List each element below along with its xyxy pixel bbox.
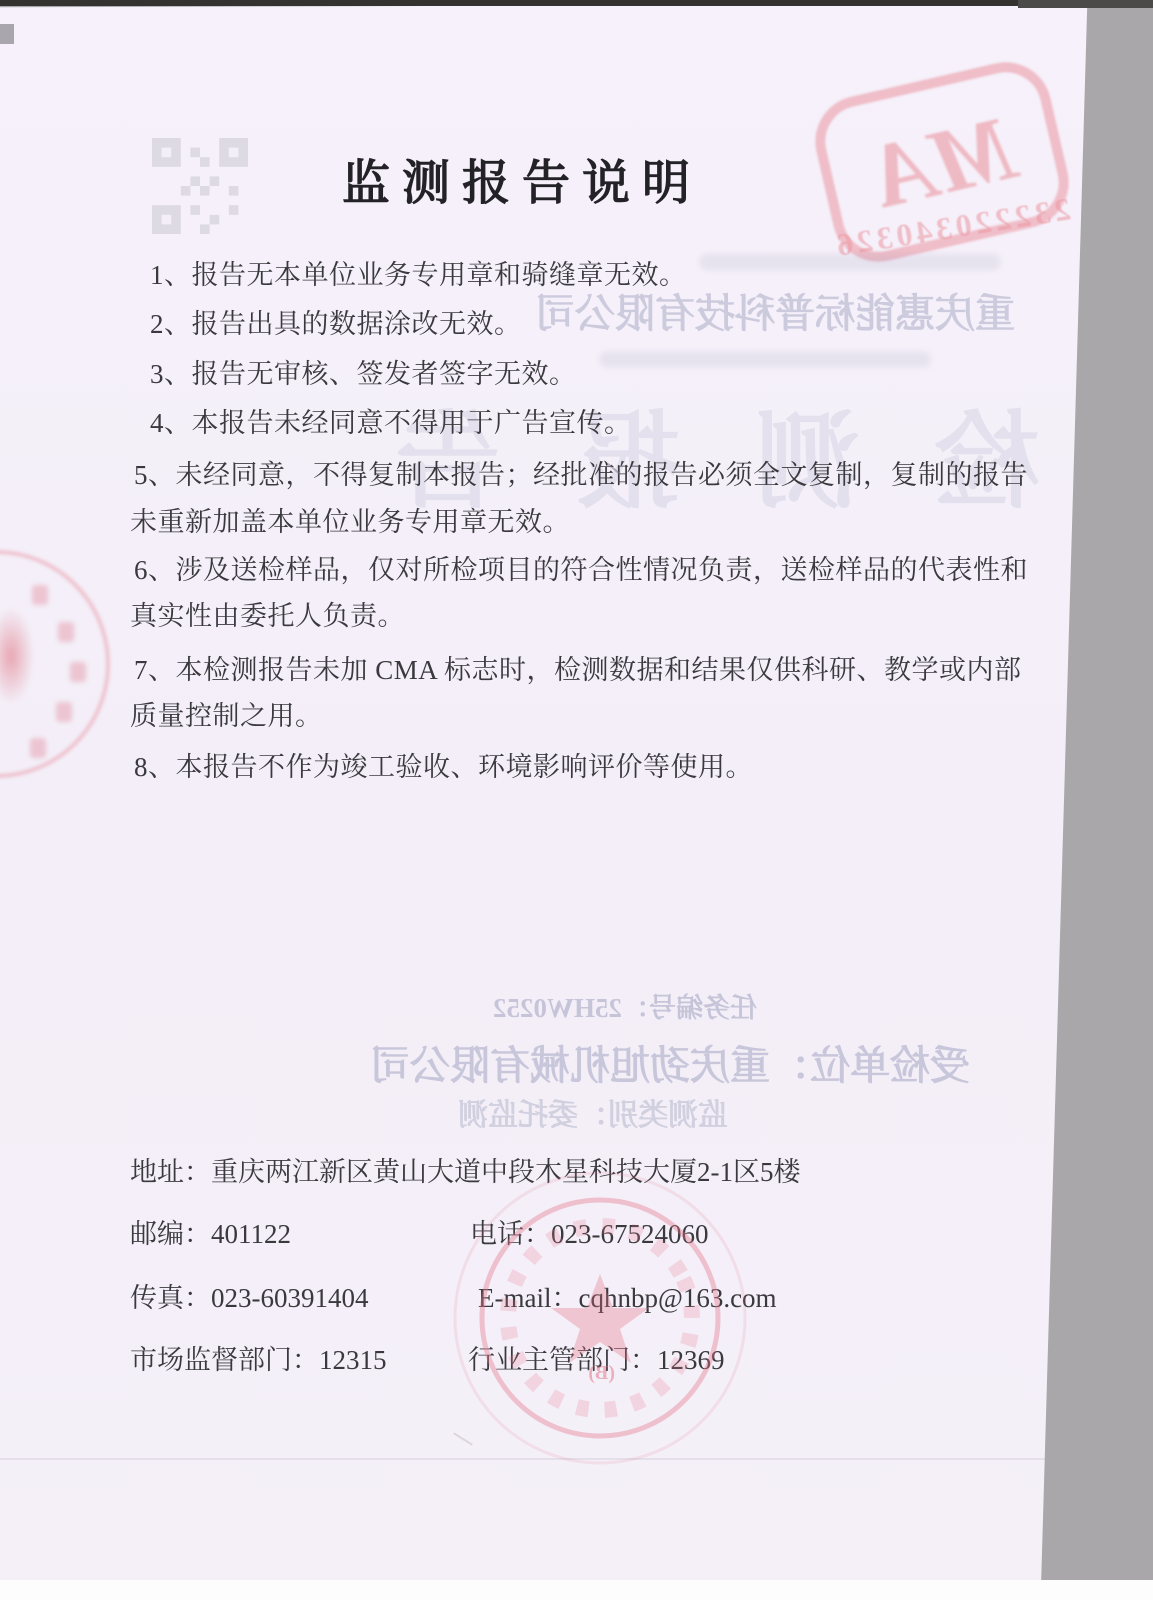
notice-line: 真实性由委托人负责。	[130, 594, 405, 633]
scan-top-right-edge	[1018, 0, 1153, 8]
contact-market-dept: 市场监督部门：12315	[130, 1338, 387, 1377]
stamp-character-smudge	[70, 662, 86, 682]
qr-code-icon	[152, 138, 248, 234]
notice-line: 质量控制之用。	[130, 694, 323, 733]
notice-line: 6、涉及送检样品，仅对所检项目的符合性情况负责，送检样品的代表性和	[134, 548, 1028, 587]
stamp-star-icon	[551, 1274, 649, 1363]
stamp-character-smudge	[32, 585, 48, 605]
scan-bottom-margin	[0, 1580, 1153, 1600]
notice-line: 未重新加盖本单位业务专用章无效。	[130, 500, 570, 539]
contact-postcode: 邮编：401122	[130, 1212, 291, 1251]
notice-line: 8、本报告不作为竣工验收、环境影响评价等使用。	[134, 745, 753, 784]
notice-line: 3、报告无审核、签发者签字无效。	[150, 352, 577, 391]
notice-line: 1、报告无本单位业务专用章和骑缝章无效。	[150, 253, 687, 292]
monitor-category-bleedthrough: 监测类别：委托监测	[428, 1090, 728, 1134]
page-title: 监测报告说明	[342, 158, 702, 211]
task-number-bleedthrough: 任务编号：25HW0252	[512, 986, 757, 1025]
stamp-character-smudge	[30, 738, 46, 758]
scanner-background: 监测报告说明 MA 232220340326 重庆惠能标普科技有限公司 检测报告…	[0, 0, 1153, 1600]
scanned-paper-page: 监测报告说明 MA 232220340326 重庆惠能标普科技有限公司 检测报告…	[0, 0, 1153, 1600]
stamp-character-smudge	[58, 622, 74, 642]
stamp-character-smudge	[56, 702, 72, 722]
stamp-note-bleedthrough: (B)	[575, 1362, 615, 1385]
notice-line: 7、本检测报告未加 CMA 标志时，检测数据和结果仅供科研、教学或内部	[134, 648, 1022, 687]
notice-line: 4、本报告未经同意不得用于广告宣传。	[150, 401, 632, 440]
contact-fax: 传真：023-60391404	[130, 1276, 369, 1315]
client-name-bleedthrough: 受检单位：重庆劲旭机械有限公司	[358, 1034, 970, 1091]
notice-line: 5、未经同意，不得复制本报告；经批准的报告必须全文复制，复制的报告	[134, 453, 1028, 492]
round-stamp-bleedthrough-bottom	[420, 1150, 780, 1490]
scan-left-notch	[0, 24, 14, 44]
paper-crease	[0, 1458, 1060, 1460]
bleedthrough-smudge	[600, 352, 930, 367]
bleedthrough-smudge	[700, 254, 1000, 270]
stamp-ink-blob	[0, 608, 34, 704]
scan-top-edge	[0, 0, 1096, 6]
notice-line: 2、报告出具的数据涂改无效。	[150, 302, 522, 341]
